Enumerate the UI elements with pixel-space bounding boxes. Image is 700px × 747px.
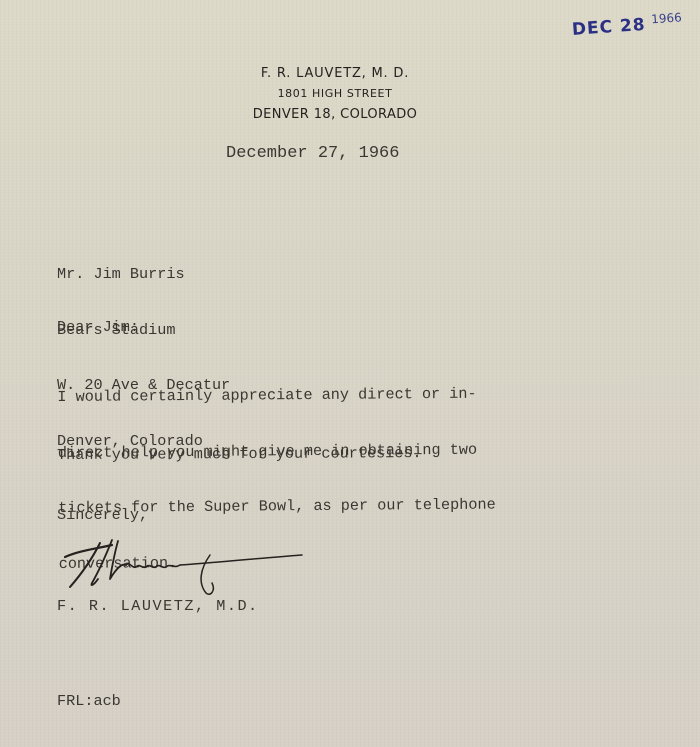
reference-initials: FRL:acb xyxy=(57,692,121,711)
closing: Sincerely, xyxy=(57,506,148,525)
letterhead: F. R. LAUVETZ, M. D. 1801 HIGH STREET DE… xyxy=(200,64,470,126)
received-date-stamp: DEC 281966 xyxy=(571,12,682,40)
letterhead-street: 1801 HIGH STREET xyxy=(200,84,470,104)
letterhead-city: DENVER 18, COLORADO xyxy=(200,104,470,126)
typed-signatory-name: F. R. LAUVETZ, M.D. xyxy=(57,597,259,616)
salutation: Dear Jim: xyxy=(57,318,139,337)
stamp-year: 1966 xyxy=(651,10,682,26)
letterhead-name: F. R. LAUVETZ, M. D. xyxy=(200,64,470,84)
body-line: I would certainly appreciate any direct … xyxy=(57,385,495,407)
handwritten-signature-icon xyxy=(60,535,310,605)
address-line: Mr. Jim Burris xyxy=(57,265,230,284)
stamp-month-day: DEC 28 xyxy=(571,15,646,40)
body-paragraph-2: Thank you very much for your courtesies. xyxy=(57,444,422,464)
letter-date: December 27, 1966 xyxy=(226,144,399,163)
